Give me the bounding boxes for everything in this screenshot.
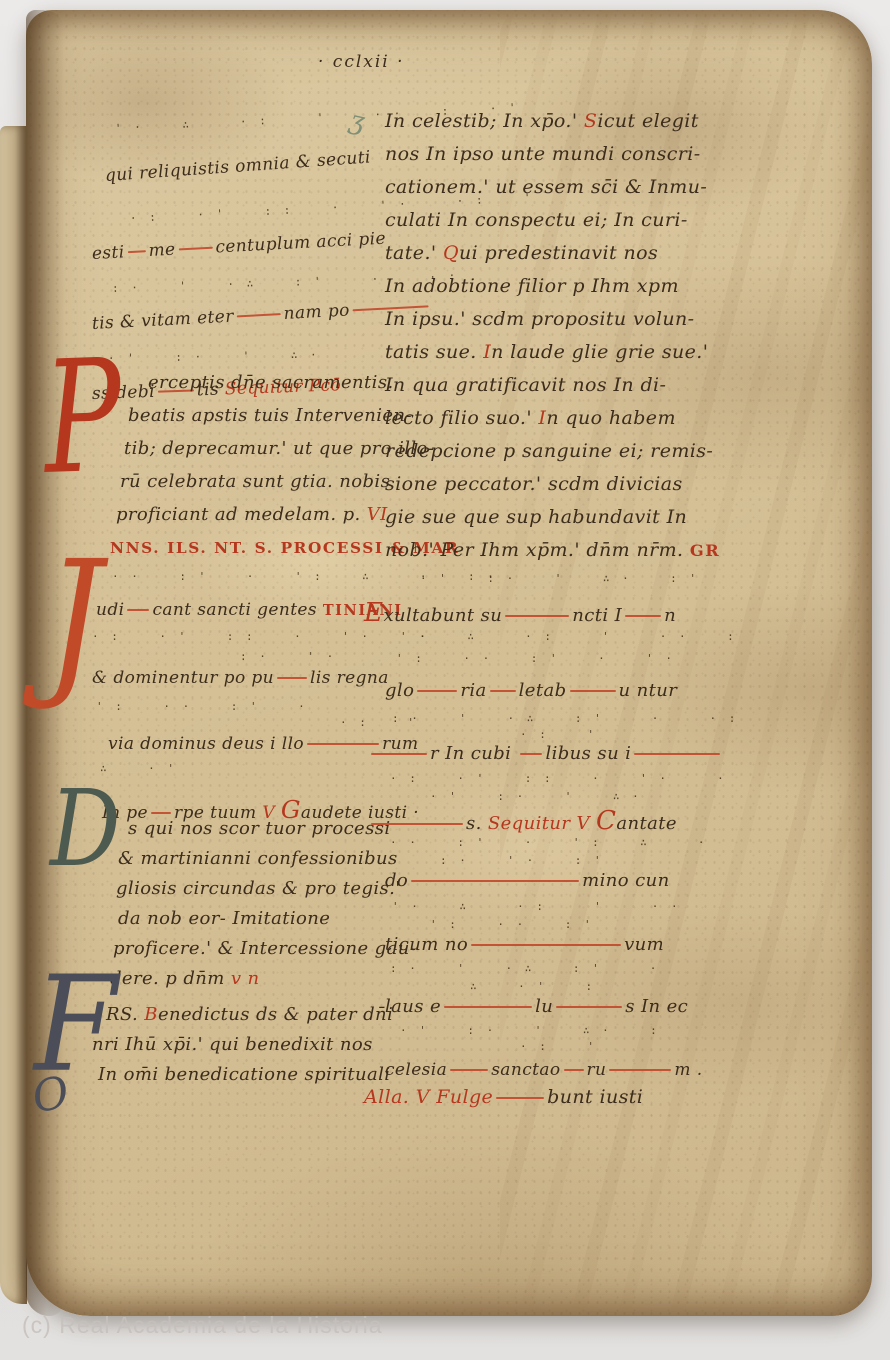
body-text: proficiant ad medelam. p.	[116, 504, 367, 525]
neume-row: : · ' · ∴ : ' ·	[390, 962, 659, 975]
text-line: culati In conspectu ei; In curi-	[385, 211, 688, 230]
text-line: Alla. V Fulgebunt iusti	[364, 1088, 643, 1107]
rubric-text: v n	[225, 968, 260, 989]
text-line: nos In ipso unte mundi conscri-	[385, 145, 701, 164]
body-text: u ntur	[619, 680, 678, 701]
body-text: nri Ihū xp̄i.' qui benedixit nos	[92, 1034, 373, 1055]
body-text: mino cun	[582, 870, 669, 891]
text-line: celesiasanctaorum .	[385, 1062, 703, 1079]
body-text: tatis sue.	[385, 341, 483, 363]
body-text: RS.	[106, 1004, 144, 1025]
text-line: tatis sue. In laude glie grie sue.'	[385, 343, 708, 362]
text-line: erceptis dn̄e sacramentis.	[148, 374, 394, 392]
melisma-extender-line	[505, 615, 569, 617]
body-text: & martinianni confessionibus	[118, 848, 398, 869]
neume-row: : · ' · : '	[440, 854, 604, 867]
body-text: glo	[385, 680, 414, 701]
body-text: nos In ipso unte mundi conscri-	[385, 143, 701, 165]
melisma-extender-line	[127, 609, 149, 611]
body-text: redepcione p sanguine ei; remis-	[385, 440, 713, 462]
text-line: estimecentuplum acci pie	[92, 231, 387, 263]
melisma-extender-line	[237, 313, 281, 318]
text-line: gie sue que sup habundavit In	[385, 508, 687, 527]
rubric-text: Q	[443, 242, 459, 264]
rubric-text: B	[144, 1004, 158, 1025]
rubric-text: S	[584, 110, 597, 132]
text-line: cationem.' ut essem sc̄i & Inmu-	[385, 178, 707, 197]
neume-row: ' : · · : '	[430, 918, 594, 931]
melisma-extender-line	[570, 690, 616, 692]
melisma-extender-line	[471, 944, 621, 946]
body-text: dere. p dn̄m	[110, 968, 225, 989]
text-line: & dominentur po pulis regna	[92, 670, 389, 687]
text-line: tate.' Qui predestinavit nos	[385, 244, 658, 263]
text-line: & martinianni confessionibus	[118, 850, 398, 868]
melisma-extender-line	[556, 1006, 622, 1008]
text-line: udicant sancti gentes TINIANI	[96, 602, 403, 619]
rubric-text: E	[364, 598, 383, 628]
text-line: In om̄i benedicatione spirituali	[98, 1066, 390, 1084]
text-line: dere. p dn̄m v n	[110, 970, 260, 988]
neume-row: · ' : · ' ∴ ·	[108, 348, 320, 365]
text-line: proficiant ad medelam. p. VI	[116, 506, 388, 524]
text-line: laus elus In ec	[385, 998, 688, 1016]
text-line: rū celebrata sunt gtia. nobis	[120, 473, 390, 491]
text-line: In celestib; In xp̄o.' Sicut elegit	[385, 112, 699, 131]
body-text: sione peccator.' scdm divicias	[385, 473, 683, 495]
body-text: cationem.' ut essem sc̄i & Inmu-	[385, 176, 707, 198]
rubric-text: Sequitur	[488, 813, 577, 834]
illuminated-initial: O	[30, 1076, 71, 1116]
neume-row: ∴ · ' :	[470, 980, 595, 993]
body-text: letab	[519, 680, 567, 701]
text-line: nri Ihū xp̄i.' qui benedixit nos	[92, 1036, 373, 1054]
body-text: do	[385, 870, 408, 891]
rubric-text: V	[577, 813, 597, 834]
body-text: culati In conspectu ei; In curi-	[385, 209, 688, 231]
text-line: beatis apstis tuis Intervenien-	[128, 407, 412, 425]
body-text: xultabunt su	[383, 605, 502, 626]
text-line: RS. Benedictus ds & pater dn̄i	[106, 1006, 393, 1024]
neume-row: · · : ' · ' : ∴ ·	[390, 836, 708, 849]
body-text: ru	[587, 1060, 607, 1080]
rubric-text: Alla.	[364, 1086, 416, 1108]
rubric-text: C	[596, 806, 616, 836]
body-text: esti	[91, 242, 125, 264]
body-text: lu	[535, 996, 553, 1017]
manuscript-page: · cclxii · ' · ∴ · : ' · · : · 'qui reli…	[26, 10, 872, 1316]
body-text: rū celebrata sunt gtia. nobis	[120, 471, 390, 492]
body-text: ncti I	[572, 605, 622, 626]
text-line: domino cun	[385, 872, 670, 890]
melisma-extender-line	[634, 753, 720, 755]
body-text: libus su i	[545, 743, 631, 764]
melisma-extender-line	[490, 690, 516, 692]
body-text: me	[148, 240, 176, 261]
melisma-extender-line	[496, 1097, 544, 1099]
body-text: bunt iusti	[547, 1086, 643, 1108]
melisma-extender-line	[564, 1069, 584, 1071]
body-text: sanctao	[491, 1060, 560, 1080]
facing-page-edge	[0, 126, 27, 1304]
melisma-extender-line	[151, 812, 171, 814]
illuminated-initial: J	[46, 558, 102, 684]
rubric-text: Fulge	[436, 1086, 493, 1108]
body-text: s In ec	[625, 996, 688, 1017]
body-text: In adobtione filior p Ihm xpm	[385, 275, 679, 297]
copyright-watermark: (c) Real Academia de la Historia	[22, 1312, 383, 1339]
rubric-text: GR	[690, 541, 720, 560]
body-text: n laude glie grie sue.'	[491, 341, 708, 363]
rubric-text: I	[483, 341, 491, 363]
body-text: m .	[674, 1060, 702, 1080]
body-text: r In cubi	[430, 743, 517, 764]
body-text: da nob eor- Imitatione	[118, 908, 330, 929]
body-text: cant sancti gentes	[152, 600, 322, 620]
neume-row: · ' : · ' ∴ ·	[430, 790, 642, 803]
neume-row: ' · ∴ · : ' · · :	[400, 630, 737, 643]
melisma-extender-line	[371, 753, 427, 755]
text-line: qui reliquistis omnia & secuti	[104, 149, 371, 185]
body-text: gliosis circundas & pro tegis.'	[116, 878, 401, 899]
body-text: ria	[460, 680, 486, 701]
body-text: & dominentur po pu	[92, 668, 274, 688]
body-text: udi	[96, 600, 124, 620]
text-line: In adobtione filior p Ihm xpm	[385, 277, 679, 296]
folio-number: · cclxii ·	[318, 52, 405, 72]
melisma-extender-line	[520, 753, 542, 755]
text-line: glorialetabu ntur	[385, 682, 677, 700]
text-line: ticum novum	[385, 936, 664, 954]
text-line: In qua gratificavit nos In di-	[385, 376, 666, 395]
text-line: lecto filio suo.' In quo habem	[385, 409, 676, 428]
illuminated-initial: P	[42, 357, 124, 481]
body-text: via dominus deus i llo	[108, 734, 304, 754]
melisma-extender-line	[128, 250, 146, 253]
neume-row: ' : · · : ' · ' ·	[396, 652, 675, 665]
body-text: qui reliquistis omnia & secuti	[104, 147, 371, 186]
text-line: Exultabunt suncti In	[364, 600, 676, 626]
body-text: icut elegit	[597, 110, 698, 132]
neume-row: · : · ' : : · ' · ·	[92, 630, 429, 643]
body-text: n quo habem	[546, 407, 676, 429]
neume-row: · : '	[520, 728, 597, 741]
body-text: gie sue que sup habundavit In	[385, 506, 687, 528]
melisma-extender-line	[417, 690, 457, 692]
text-line: da nob eor- Imitatione	[118, 910, 330, 928]
body-text: tate.'	[385, 242, 443, 264]
melisma-extender-line	[444, 1006, 532, 1008]
body-text: lis regna	[310, 668, 389, 688]
body-text: erceptis dn̄e sacramentis.	[148, 372, 394, 393]
body-text: ui predestinavit nos	[459, 242, 658, 264]
text-line: proficere.' & Intercessione gau-	[113, 940, 416, 958]
text-line: gliosis circundas & pro tegis.'	[116, 880, 401, 898]
text-line: sione peccator.' scdm divicias	[385, 475, 683, 494]
text-line: nob.' Per Ihm xp̄m.' dn̄m nr̄m. GR	[385, 541, 720, 560]
melisma-extender-line	[411, 880, 579, 882]
body-text: enedictus ds & pater dn̄i	[158, 1004, 393, 1025]
text-line: tis & vitam eternam po	[92, 298, 433, 333]
text-line: redepcione p sanguine ei; remis-	[385, 442, 713, 461]
body-text: In ipsu.' scdm propositu volun-	[385, 308, 695, 330]
body-text: celesia	[385, 1060, 447, 1080]
melisma-extender-line	[609, 1069, 671, 1071]
body-text: ticum no	[385, 934, 468, 955]
melisma-extender-line	[371, 823, 463, 825]
illuminated-initial: ʒ	[348, 110, 367, 133]
neume-row: · : '	[520, 1040, 597, 1053]
text-line: s qui nos scor tuor processi	[128, 820, 391, 838]
text-line: s. Sequitur V Cantate	[368, 808, 677, 834]
melisma-extender-line	[178, 246, 212, 250]
body-text: nam po	[283, 301, 350, 324]
illuminated-initial: F	[34, 974, 117, 1077]
body-text: s qui nos scor tuor processi	[128, 818, 391, 839]
neume-row: · ' : · ' ∴ · :	[400, 1024, 660, 1037]
neume-row: · ' : · ' ∴ · : '	[420, 572, 699, 585]
body-text: s.	[466, 813, 488, 834]
neume-row: ' · ∴ · : ' · ·	[392, 900, 681, 913]
body-text: vum	[624, 934, 664, 955]
neume-row: ' : · · : ' ·	[96, 700, 308, 713]
melisma-extender-line	[625, 615, 661, 617]
body-text: nob.' Per Ihm xp̄m.' dn̄m nr̄m.	[385, 539, 690, 561]
text-line: In ipsu.' scdm propositu volun-	[385, 310, 695, 329]
illuminated-initial: D	[50, 788, 121, 870]
photo-background: { "page_number": "· cclxii ·", "watermar…	[0, 0, 890, 1360]
neume-row: · : · ' : : · ' · ·	[390, 772, 727, 785]
body-text: In qua gratificavit nos In di-	[385, 374, 666, 396]
body-text: lecto filio suo.'	[385, 407, 538, 429]
neume-row: : · ' ·	[240, 650, 336, 663]
body-text: beatis apstis tuis Intervenien-	[128, 405, 412, 426]
body-text: n	[664, 605, 676, 626]
body-text: In om̄i benedicatione spirituali	[98, 1064, 390, 1085]
melisma-extender-line	[450, 1069, 488, 1071]
body-text: centuplum acci pie	[215, 229, 387, 258]
melisma-extender-line	[277, 677, 307, 679]
body-text: laus e	[385, 996, 441, 1017]
body-text: antate	[616, 813, 677, 834]
neume-row: : · ' · ∴ : ' · · :	[392, 712, 738, 725]
body-text: proficere.' & Intercessione gau-	[113, 938, 416, 959]
rubric-text: V	[416, 1086, 437, 1108]
body-text: In celestib; In xp̄o.'	[385, 110, 584, 132]
text-line: r In cubi libus su i	[368, 745, 723, 763]
